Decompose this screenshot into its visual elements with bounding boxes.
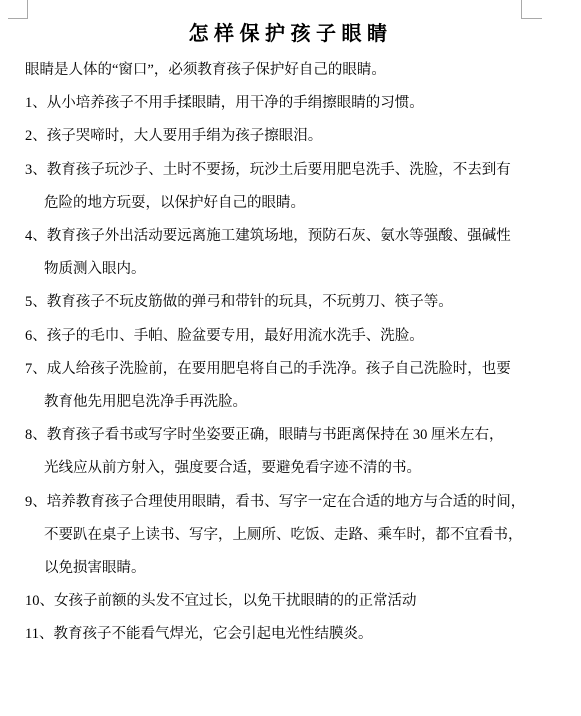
- line-item-11: 11、教育孩子不能看气焊光，它会引起电光性结膜炎。: [25, 618, 535, 651]
- line-item-1: 1、从小培养孩子不用手揉眼睛，用干净的手绢擦眼睛的习惯。: [25, 87, 535, 120]
- line-item-8-2: 光线应从前方射入，强度要合适，要避免看字迹不清的书。: [25, 452, 535, 485]
- document-page: { "page": { "background_color": "#ffffff…: [0, 0, 581, 716]
- line-item-4-2: 物质测入眼内。: [25, 253, 535, 286]
- line-item-9-2: 不要趴在桌子上读书、写字，上厕所、吃饭、走路、乘车时，都不宜看书，: [25, 519, 535, 552]
- line-item-9-1: 9、培养教育孩子合理使用眼睛，看书、写字一定在合适的地方与合适的时间，: [25, 486, 535, 519]
- line-intro: 眼睛是人体的“窗口”，必须教育孩子保护好自己的眼睛。: [25, 54, 535, 87]
- line-item-4-1: 4、教育孩子外出活动要远离施工建筑场地，预防石灰、氨水等强酸、强碱性: [25, 220, 535, 253]
- line-item-3-1: 3、教育孩子玩沙子、土时不要扬，玩沙土后要用肥皂洗手、洗脸，不去到有: [25, 154, 535, 187]
- line-item-2: 2、孩子哭啼时，大人要用手绢为孩子擦眼泪。: [25, 120, 535, 153]
- document-body: 眼睛是人体的“窗口”，必须教育孩子保护好自己的眼睛。 1、从小培养孩子不用手揉眼…: [25, 54, 535, 652]
- document-title: 怎样保护孩子眼睛: [0, 14, 581, 54]
- line-item-9-3: 以免损害眼睛。: [25, 552, 535, 585]
- line-item-7-1: 7、成人给孩子洗脸前，在要用肥皂将自己的手洗净。孩子自己洗脸时，也要: [25, 353, 535, 386]
- line-item-10: 10、女孩子前额的头发不宜过长，以免干扰眼睛的的正常活动: [25, 585, 535, 618]
- line-item-5: 5、教育孩子不玩皮筋做的弹弓和带针的玩具，不玩剪刀、筷子等。: [25, 286, 535, 319]
- line-item-7-2: 教育他先用肥皂洗净手再洗脸。: [25, 386, 535, 419]
- line-item-8-1: 8、教育孩子看书或写字时坐姿要正确，眼睛与书距离保持在 30 厘米左右，: [25, 419, 535, 452]
- line-item-3-2: 危险的地方玩耍，以保护好自己的眼睛。: [25, 187, 535, 220]
- line-item-6: 6、孩子的毛巾、手帕、脸盆要专用，最好用流水洗手、洗脸。: [25, 320, 535, 353]
